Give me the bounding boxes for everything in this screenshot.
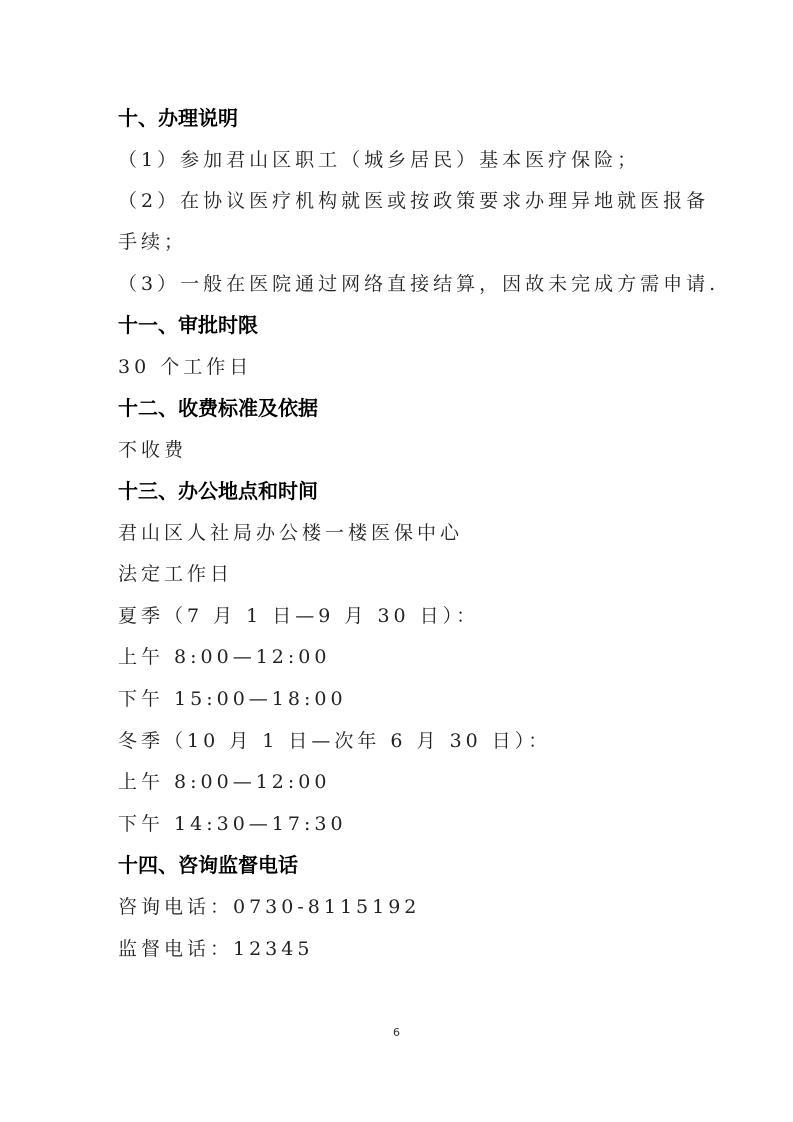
consult-phone-line: 咨询电话：0730-8115192 (118, 895, 420, 919)
paragraph-line: （2）在协议医疗机构就医或按政策要求办理异地就医报备 (118, 189, 709, 213)
section-heading-11: 十一、审批时限 (118, 313, 258, 337)
paragraph-line: 上午 8:00—12:00 (118, 645, 330, 669)
paragraph-line: 手续； (118, 230, 187, 254)
paragraph-line: 30 个工作日 (118, 355, 252, 379)
paragraph-line: （3）一般在医院通过网络直接结算，因故未完成方需申请. (118, 272, 719, 296)
paragraph-line: 法定工作日 (118, 562, 233, 586)
paragraph-line: 下午 15:00—18:00 (118, 687, 347, 711)
paragraph-line: 下午 14:30—17:30 (118, 812, 347, 836)
paragraph-line: 冬季（10 月 1 日—次年 6 月 30 日）： (118, 729, 551, 753)
paragraph-line: （1）参加君山区职工（城乡居民）基本医疗保险； (118, 148, 640, 172)
paragraph-line: 上午 8:00—12:00 (118, 770, 330, 794)
page-number: 6 (0, 1026, 793, 1039)
paragraph-line: 不收费 (118, 438, 187, 462)
section-heading-13: 十三、办公地点和时间 (118, 479, 318, 503)
document-page: 十、办理说明 （1）参加君山区职工（城乡居民）基本医疗保险； （2）在协议医疗机… (0, 0, 793, 1122)
section-heading-12: 十二、收费标准及依据 (118, 396, 318, 420)
paragraph-line: 君山区人社局办公楼一楼医保中心 (118, 521, 463, 545)
section-heading-10: 十、办理说明 (118, 106, 238, 130)
paragraph-line: 夏季（7 月 1 日—9 月 30 日）： (118, 604, 479, 628)
supervise-phone-line: 监督电话：12345 (118, 937, 313, 961)
section-heading-14: 十四、咨询监督电话 (118, 853, 298, 877)
